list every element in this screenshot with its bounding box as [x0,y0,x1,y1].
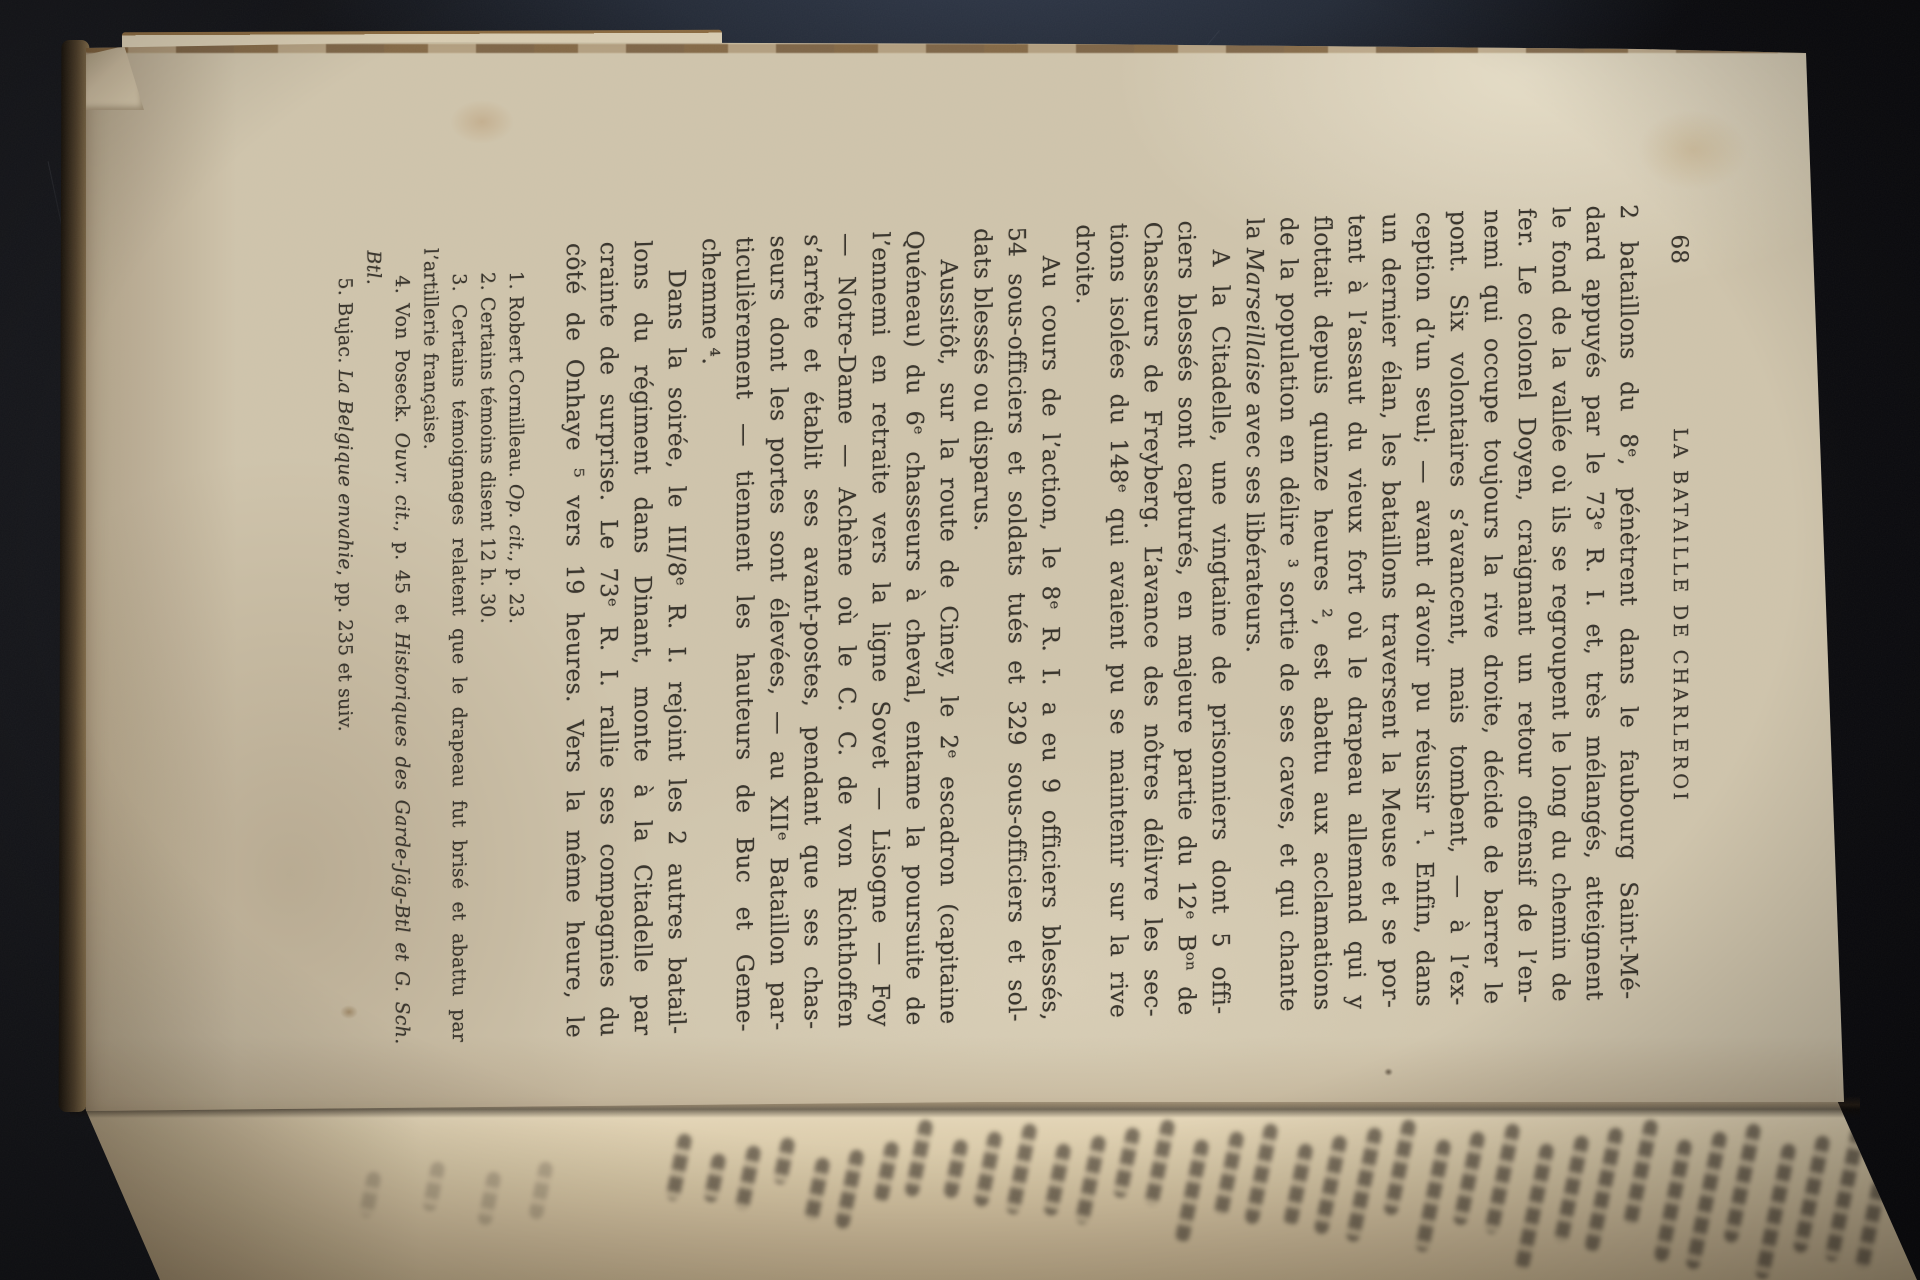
italic-text: Ouvr. cit. [391,432,413,526]
text-segment: tent à l’assaut du vieux fort où le drap… [1343,214,1371,1010]
body-line: dard appuyés par le 73ᵉ R. I. et, très m… [1578,205,1612,1001]
blurred-text-column [359,1171,382,1219]
text-segment: chemme ⁴. [697,237,725,365]
text-segment: Au cours de l’action, le 8ᵉ R. I. a eu 9… [1037,255,1065,1021]
body-line: fer. Le colonel Doyen, craignant un reto… [1510,207,1544,1003]
body-line: 2 bataillons du 8ᵉ, pénètrent dans le fa… [1612,204,1646,1000]
text-segment: 1. Robert Cornilleau. [505,271,527,485]
body-line: ticulièrement — tiennent les hauteurs de… [728,236,762,1032]
facing-page-text [0,1090,1920,1280]
text-segment: Quéneau) du 6ᵉ chasseurs à cheval, entam… [901,230,929,1026]
footnote-line: 3. Certains témoignages relatent que le … [445,247,474,1043]
footnote-line: l’artillerie française. [416,248,445,1044]
text-segment: l’ennemi en retraite vers la ligne Sovet… [867,231,895,1027]
body-line: — Notre-Dame — Achène où le C. C. de von… [830,232,864,1028]
text-segment: , p. 45 et [391,525,413,633]
text-segment: tions isolées du 148ᵉ qui avaient pu se … [1105,222,1133,1018]
body-line: pont. Six volontaires s’avancent, mais t… [1442,210,1476,1006]
blurred-text-column [1112,1127,1140,1200]
text-segment: nemi qui occupe toujours la rive droite,… [1479,209,1507,1005]
page-number: 68 [1662,234,1696,265]
italic-text: Historiques des Garde-Jäg-Btl et G. Sch. [391,632,413,1044]
text-segment: Aussitôt, sur la route de Ciney, le 2ᵉ e… [935,259,963,1025]
blurred-text-column [422,1161,446,1213]
body-line: flottait depuis quinze heures ², est aba… [1306,215,1340,1011]
text-segment: un dernier élan, les bataillons traverse… [1377,212,1405,1008]
body-line: Au cours de l’action, le 8ᵉ R. I. a eu 9… [1034,225,1068,1021]
body-line: tent à l’assaut du vieux fort où le drap… [1340,214,1374,1010]
text-segment: crainte de surprise. Le 73ᵉ R. I. rallie… [595,241,623,1037]
blurred-text-column [873,1141,899,1204]
text-segment: , pp. 235 et suiv. [334,569,356,732]
blurred-text-column [1483,1123,1520,1235]
text-segment: la [1241,217,1269,248]
text-segment: 5. Bujac. [334,277,356,370]
blurred-text-column [1685,1131,1728,1271]
blurred-text-column [1792,1135,1830,1254]
body-line: l’ennemi en retraite vers la ligne Sovet… [864,231,898,1027]
text-segment: 2 bataillons du 8ᵉ, pénètrent dans le fa… [1615,204,1643,1000]
running-title: LA BATAILLE DE CHARLEROI [1663,428,1697,804]
blurred-text-column [1005,1123,1038,1216]
blurred-text-column [1244,1123,1279,1225]
body-line: crainte de surprise. Le 73ᵉ R. I. rallie… [592,241,626,1037]
blurred-text-column [942,1139,968,1200]
blurred-text-column [1213,1131,1244,1217]
blurred-text-column [1282,1143,1313,1227]
text-segment: ciers blessés sont capturés, en majeure … [1173,220,1201,1016]
text-segment: pont. Six volontaires s’avancent, mais t… [1445,210,1473,1006]
blurred-text-column [528,1161,554,1221]
footnote-line: 5. Bujac. La Belgique envahie, pp. 235 e… [331,251,360,1047]
blurred-text-column [1553,1135,1589,1245]
paper-stain [1638,110,1748,190]
dog-ear-fold [86,46,144,110]
text-segment: 2. Certains témoins disent 12 h. 30. [477,272,499,624]
footnote-line: 1. Robert Cornilleau. Op. cit., p. 23. [502,245,531,1041]
text-segment: A la Citadelle, une vingtaine de prisonn… [1207,249,1235,1015]
body-line: droite. [1068,224,1102,1020]
text-segment: — Notre-Dame — Achène où le C. C. de von… [833,232,861,1028]
blurred-text-column [1043,1143,1072,1218]
book-page: 68 LA BATAILLE DE CHARLEROI 2 bataillons… [78,30,1846,1112]
blurred-text-column [973,1131,1002,1208]
text-segment: Dans la soirée, le III/8ᵉ R. I. rejoint … [663,269,691,1035]
body-line: Chasseurs de Freyberg. L’avance des nôtr… [1136,221,1170,1017]
body-line: côté de Onhaye ⁵ vers 19 heures. Vers la… [558,242,592,1038]
body-line: nemi qui occupe toujours la rive droite,… [1476,209,1510,1005]
body-line: seurs dont les portes sont élevées, — au… [762,235,796,1031]
facing-page [0,1090,1920,1280]
body-line: 54 sous-officiers et soldats tués et 329… [1000,226,1034,1022]
body-line: dats blessés ou disparus. [966,227,1000,1023]
text-segment: s’arrête et établit ses avant-postes, pe… [799,234,827,1030]
body-line: Dans la soirée, le III/8ᵉ R. I. rejoint … [660,238,694,1034]
blurred-text-column [803,1157,830,1222]
text-segment: le fond de la vallée où ils se regroupen… [1547,206,1575,1002]
text-segment: dats blessés ou disparus. [969,227,997,531]
ink-speck [1384,1068,1393,1076]
text-segment: lons du régiment dans Dinant, monte à la… [629,240,657,1036]
body-line: la Marseillaise avec ses libérateurs. [1238,217,1272,1013]
blurred-text-column [1345,1127,1383,1243]
text-block: 68 LA BATAILLE DE CHARLEROI 2 bataillons… [290,203,1662,1048]
blurred-text-column [772,1137,796,1186]
blurred-text-column [1452,1131,1485,1227]
body-line: le fond de la vallée où ils se regroupen… [1544,206,1578,1002]
body-line: un dernier élan, les bataillons traverse… [1374,212,1408,1008]
text-segment: 3. Certains témoignages relatent que le … [448,273,470,1043]
text-segment: , p. 23. [505,555,527,624]
text-segment: 4. Von Poseck. [391,275,413,433]
book-photo-scene: 68 LA BATAILLE DE CHARLEROI 2 bataillons… [0,0,1920,1280]
text-segment: avec ses libérateurs. [1241,395,1269,654]
body-line: s’arrête et établit ses avant-postes, pe… [796,234,830,1030]
body-line: A la Citadelle, une vingtaine de prisonn… [1204,219,1238,1015]
blurred-text-column [835,1149,865,1230]
footnote-line: 2. Certains témoins disent 12 h. 30. [473,246,502,1042]
text-segment: droite. [1071,224,1099,305]
text-segment: de la population en délire ³ sortie de s… [1275,216,1303,1012]
blurred-text-column [1855,1119,1900,1271]
body-line: ception d’un seul; — avant d’avoir pu ré… [1408,211,1442,1007]
blurred-text-column [1313,1135,1347,1235]
text-segment: l’artillerie française. [420,248,442,450]
text-segment: côté de Onhaye ⁵ vers 19 heures. Vers la… [561,242,589,1038]
italic-text: Btl. [363,250,385,285]
blurred-text-column [703,1153,727,1204]
blurred-text-column [1383,1119,1417,1217]
footnote-line: 4. Von Poseck. Ouvr. cit., p. 45 et Hist… [388,249,417,1045]
blurred-text-column [1143,1119,1175,1208]
blurred-text-column [904,1119,934,1198]
body-line: tions isolées du 148ᵉ qui avaient pu se … [1102,222,1136,1018]
paper-stain [450,100,514,144]
body-line: chemme ⁴. [694,237,728,1033]
body-line: ciers blessés sont capturés, en majeure … [1170,220,1204,1016]
text-segment: ception d’un seul; — avant d’avoir pu ré… [1411,211,1439,1007]
blurred-text-column [1414,1139,1451,1253]
body-line: de la population en délire ³ sortie de s… [1272,216,1306,1012]
page-edge-stack-left [59,40,90,1112]
text-segment: flottait depuis quinze heures ², est aba… [1309,215,1337,1011]
italic-text: Marseillaise [1241,247,1269,396]
footnote-line: Btl. [359,250,388,1046]
text-segment: dard appuyés par le 73ᵉ R. I. et, très m… [1581,205,1609,1001]
blurred-text-column [477,1171,502,1227]
text-segment: fer. Le colonel Doyen, craignant un reto… [1513,207,1541,1003]
blurred-text-column [1653,1139,1692,1263]
text-segment: seurs dont les portes sont élevées, — au… [765,235,793,1031]
blurred-text-column [1515,1143,1555,1271]
text-segment: ticulièrement — tiennent les hauteurs de… [731,236,759,1032]
blurred-text-column [734,1145,761,1212]
body-line: Quéneau) du 6ᵉ chasseurs à cheval, entam… [898,230,932,1026]
italic-text: Op. cit. [505,484,527,557]
page-top-edge-band [84,44,1812,53]
text-segment: 54 sous-officiers et soldats tués et 329… [1003,226,1031,1022]
italic-text: La Belgique envahie [334,369,356,570]
blurred-text-column [1175,1139,1210,1244]
blurred-text-column [1723,1123,1762,1245]
text-segment: Chasseurs de Freyberg. L’avance des nôtr… [1139,221,1167,1017]
blurred-text-column [665,1133,693,1202]
body-line: Aussitôt, sur la route de Ciney, le 2ᵉ e… [932,229,966,1025]
blurred-text-column [1754,1143,1796,1280]
blurred-text-column [1622,1119,1658,1227]
body-line: lons du régiment dans Dinant, monte à la… [626,240,660,1036]
blurred-text-column [1074,1135,1106,1226]
blurred-text-column [1584,1127,1624,1253]
